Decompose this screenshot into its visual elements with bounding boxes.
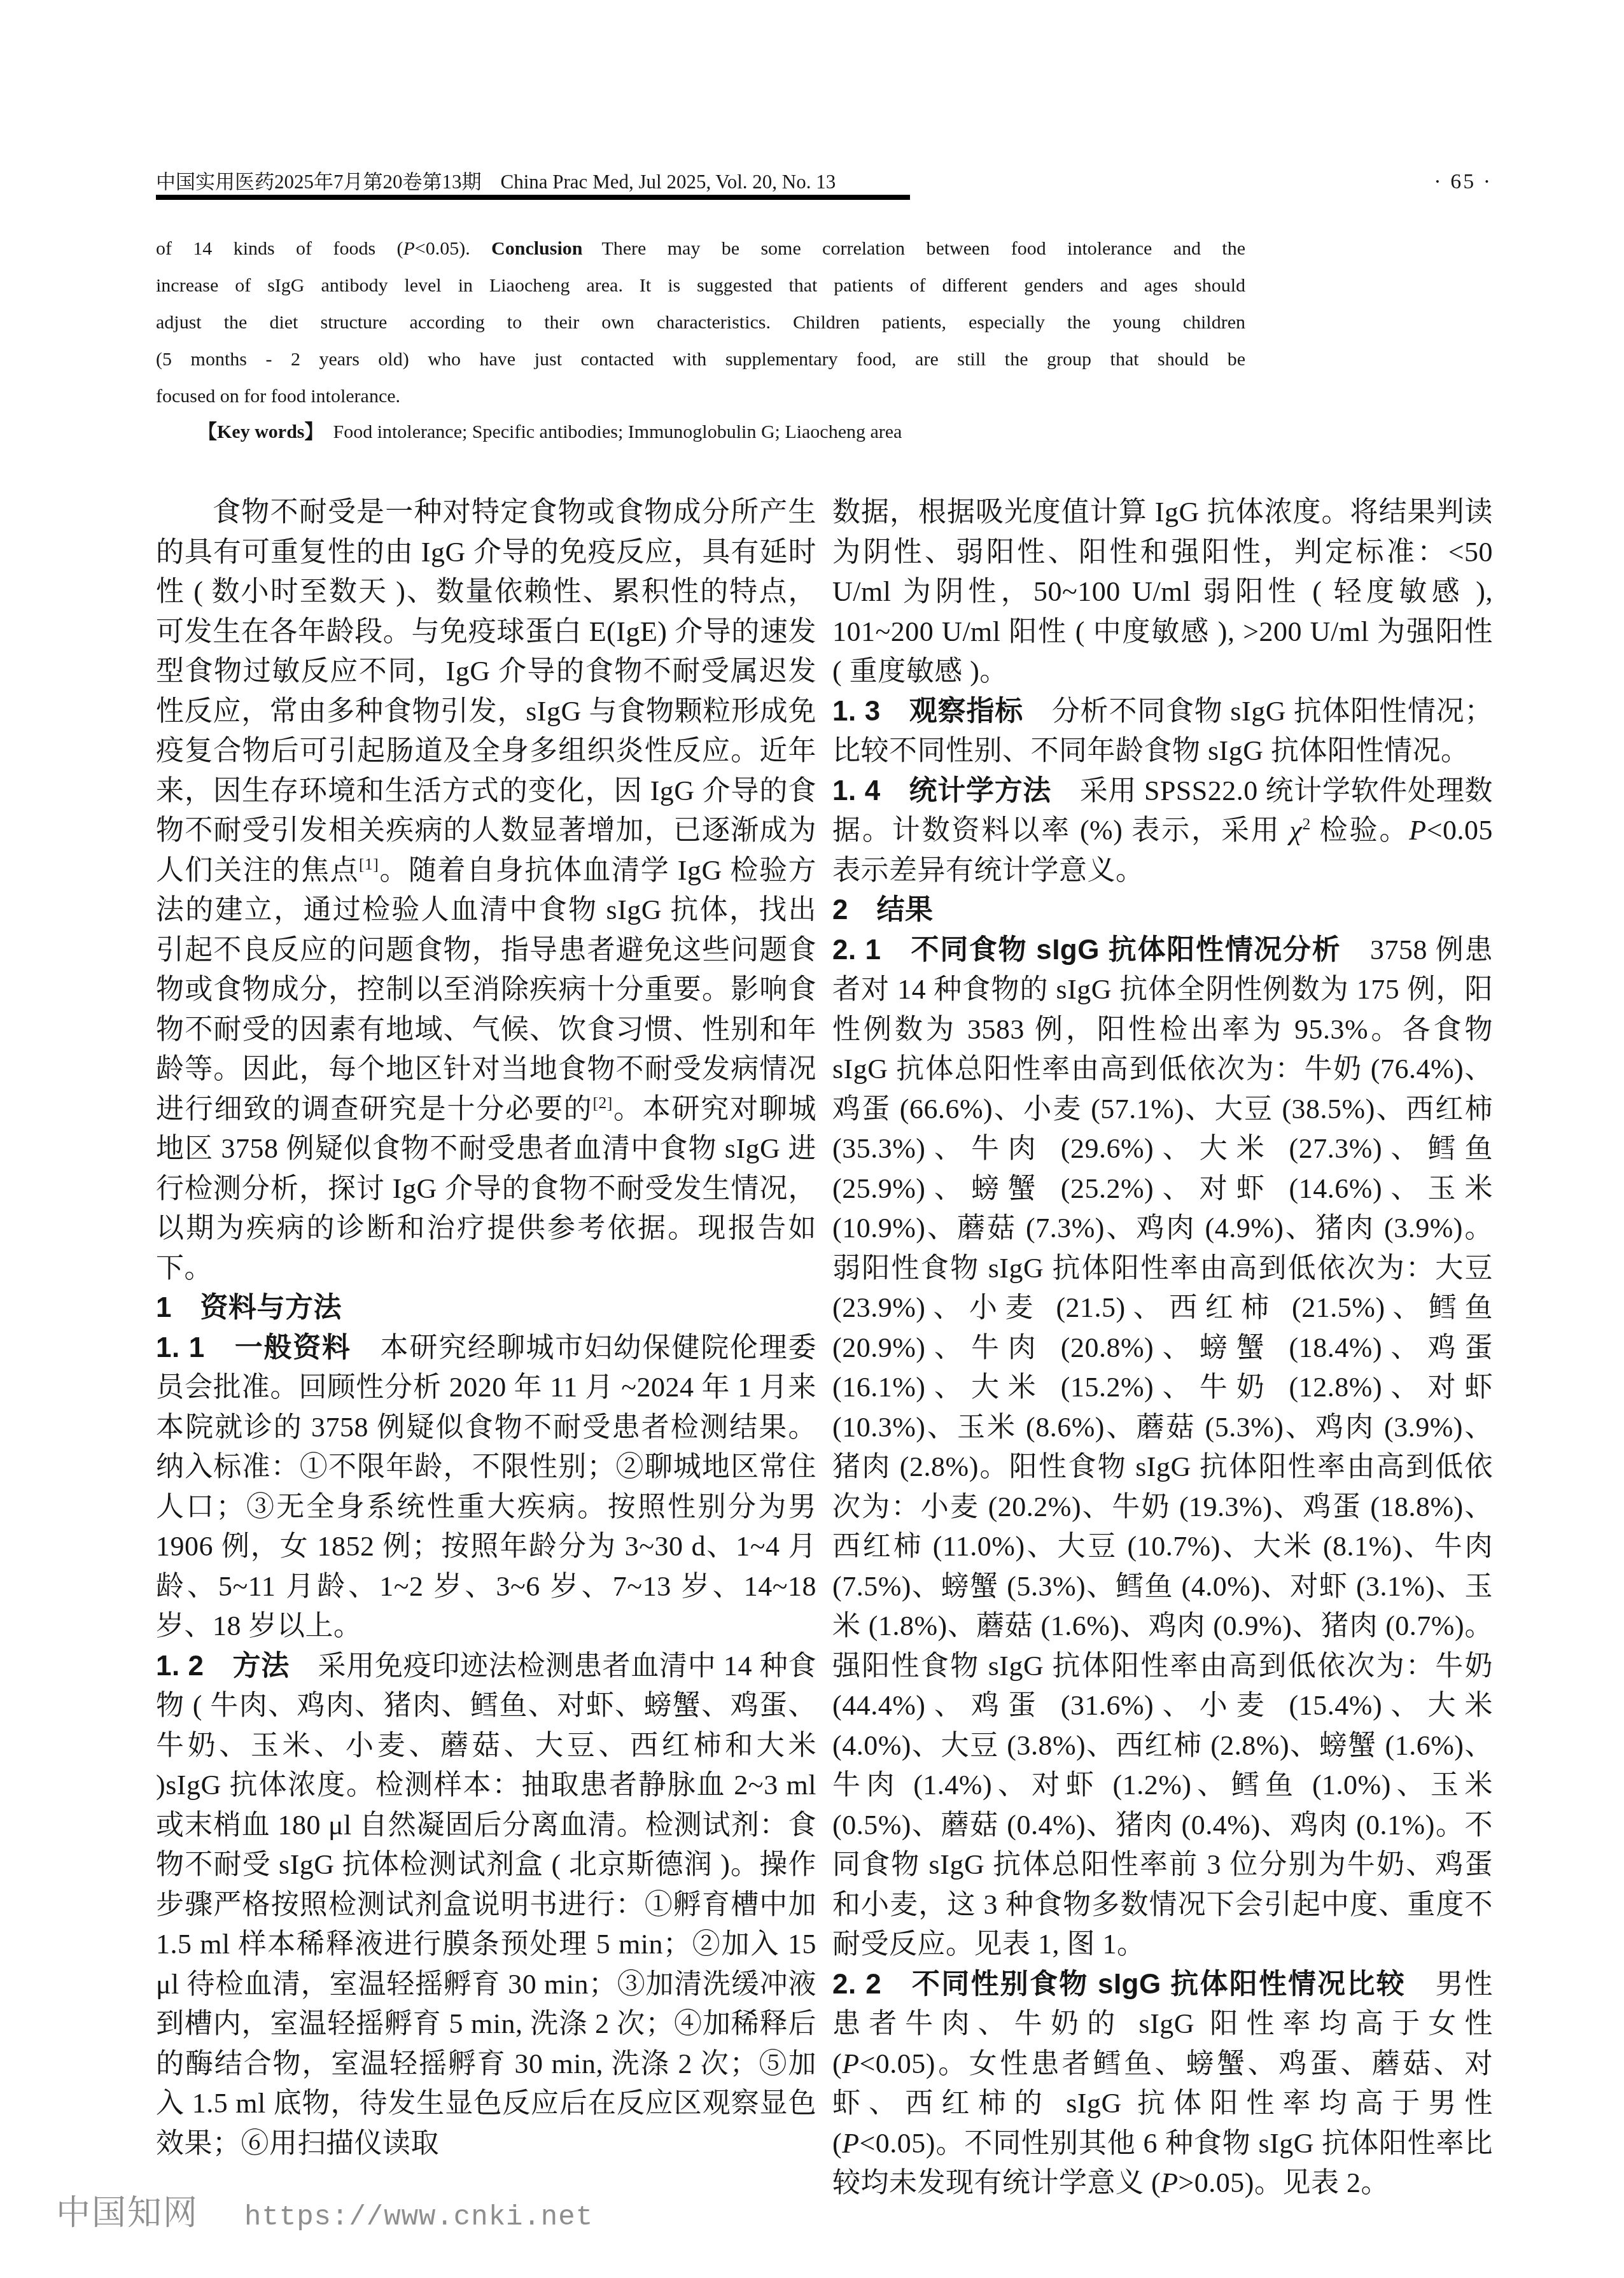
para-gender-comparison: 2. 2 不同性别食物 sIgG 抗体阳性情况比较 男性患者牛肉、牛奶的 sIg… bbox=[832, 1965, 1493, 2204]
text-segment: (5 months - 2 years old) who have just c… bbox=[156, 349, 1245, 370]
text-segment: adjust the diet structure according to t… bbox=[156, 312, 1245, 333]
section-heading-methods: 1 资料与方法 bbox=[156, 1288, 816, 1328]
text-segment: [2] bbox=[592, 1093, 612, 1112]
para-general-info: 1. 1 一般资料 本研究经聊城市妇幼保健院伦理委员会批准。回顾性分析 2020… bbox=[156, 1328, 816, 1647]
journal-citation-en: China Prac Med, Jul 2025, Vol. 20, No. 1… bbox=[501, 171, 836, 193]
text-segment: 1. 2 方法 bbox=[156, 1650, 290, 1682]
abstract-line: of 14 kinds of foods (P<0.05). Conclusio… bbox=[156, 230, 1245, 267]
text-segment: 3758 例患者对 14 种食物的 sIgG 抗体全阴性例数为 175 例，阳性… bbox=[832, 934, 1493, 1960]
cnki-logo-text: 中国知网 bbox=[56, 2186, 199, 2235]
text-segment: χ bbox=[1290, 815, 1303, 846]
text-segment: focused on for food intolerance. bbox=[156, 386, 400, 407]
text-segment: 2. 2 不同性别食物 sIgG 抗体阳性情况比较 bbox=[832, 1969, 1406, 2000]
para-observation-index: 1. 3 观察指标 分析不同食物 sIgG 抗体阳性情况；比较不同性别、不同年龄… bbox=[832, 692, 1493, 771]
text-segment: 2 bbox=[1302, 815, 1310, 833]
cnki-watermark: 中国知网 https://www.cnki.net bbox=[56, 2186, 593, 2235]
text-segment: of 14 kinds of foods ( bbox=[156, 238, 403, 259]
para-continuation: 数据，根据吸光度值计算 IgG 抗体浓度。将结果判读为阴性、弱阳性、阳性和强阳性… bbox=[832, 493, 1493, 692]
cnki-url: https://www.cnki.net bbox=[244, 2202, 593, 2233]
text-segment: 1. 1 一般资料 bbox=[156, 1332, 351, 1363]
para-statistics: 1. 4 统计学方法 采用 SPSS22.0 统计学软件处理数据。计数资料以率 … bbox=[832, 771, 1493, 891]
text-segment: 数据，根据吸光度值计算 IgG 抗体浓度。将结果判读为阴性、弱阳性、阳性和强阳性… bbox=[832, 496, 1493, 687]
page-number: · 65 · bbox=[1434, 170, 1492, 194]
keywords-line: 【Key words】 Food intolerance; Specific a… bbox=[156, 419, 1245, 445]
text-segment: P bbox=[403, 238, 414, 259]
abstract-line: increase of sIgG antibody level in Liaoc… bbox=[156, 267, 1245, 304]
header-divider bbox=[156, 195, 910, 200]
text-segment: 1 资料与方法 bbox=[156, 1292, 342, 1323]
text-segment: 1. 4 统计学方法 bbox=[832, 775, 1051, 806]
abstract-line: adjust the diet structure according to t… bbox=[156, 304, 1245, 341]
page-header: 中国实用医药2025年7月第20卷第13期China Prac Med, Jul… bbox=[156, 165, 1492, 194]
text-segment: >0.05)。见表 2。 bbox=[1179, 2167, 1389, 2198]
text-segment: P bbox=[1161, 2167, 1178, 2198]
text-segment: P bbox=[842, 2048, 859, 2079]
text-segment: 2 结果 bbox=[832, 894, 933, 925]
journal-citation-cn: 中国实用医药2025年7月第20卷第13期 bbox=[156, 171, 482, 193]
text-segment: [1] bbox=[359, 855, 379, 873]
left-column: 食物不耐受是一种对特定食物或食物成分所产生的具有可重复性的由 IgG 介导的免疫… bbox=[156, 493, 816, 2163]
text-segment: 【Key words】 bbox=[198, 421, 324, 442]
intro-paragraph: 食物不耐受是一种对特定食物或食物成分所产生的具有可重复性的由 IgG 介导的免疫… bbox=[156, 493, 816, 1288]
text-segment: P bbox=[1409, 815, 1426, 846]
section-heading-results: 2 结果 bbox=[832, 890, 1493, 931]
text-segment: 检验。 bbox=[1311, 815, 1410, 846]
text-segment: Conclusion bbox=[491, 238, 582, 259]
text-segment: 。随着自身抗体血清学 IgG 检验方法的建立，通过检验人血清中食物 sIgG 抗… bbox=[156, 855, 816, 1125]
abstract-line: focused on for food intolerance. bbox=[156, 378, 1245, 415]
text-segment: 1. 3 观察指标 bbox=[832, 696, 1023, 727]
para-result-analysis: 2. 1 不同食物 sIgG 抗体阳性情况分析 3758 例患者对 14 种食物… bbox=[832, 931, 1493, 1965]
para-method: 1. 2 方法 采用免疫印迹法检测患者血清中 14 种食物 ( 牛肉、鸡肉、猪肉… bbox=[156, 1647, 816, 2164]
text-segment: 2. 1 不同食物 sIgG 抗体阳性情况分析 bbox=[832, 934, 1341, 966]
text-segment: There may be some correlation between fo… bbox=[582, 238, 1245, 259]
english-abstract: of 14 kinds of foods (P<0.05). Conclusio… bbox=[156, 230, 1245, 445]
paper-page: 中国实用医药2025年7月第20卷第13期China Prac Med, Jul… bbox=[0, 0, 1624, 2278]
right-column: 数据，根据吸光度值计算 IgG 抗体浓度。将结果判读为阴性、弱阳性、阳性和强阳性… bbox=[832, 493, 1493, 2204]
journal-citation: 中国实用医药2025年7月第20卷第13期China Prac Med, Jul… bbox=[156, 165, 836, 194]
text-segment: 食物不耐受是一种对特定食物或食物成分所产生的具有可重复性的由 IgG 介导的免疫… bbox=[156, 496, 816, 886]
text-segment: 本研究经聊城市妇幼保健院伦理委员会批准。回顾性分析 2020 年 11 月 ~2… bbox=[156, 1332, 816, 1642]
text-segment: 采用免疫印迹法检测患者血清中 14 种食物 ( 牛肉、鸡肉、猪肉、鳕鱼、对虾、螃… bbox=[156, 1650, 816, 2159]
text-segment: P bbox=[842, 2128, 859, 2159]
abstract-line: (5 months - 2 years old) who have just c… bbox=[156, 341, 1245, 378]
text-segment: Food intolerance; Specific antibodies; I… bbox=[324, 421, 902, 442]
text-segment: increase of sIgG antibody level in Liaoc… bbox=[156, 275, 1245, 296]
text-segment: <0.05). bbox=[415, 238, 491, 259]
